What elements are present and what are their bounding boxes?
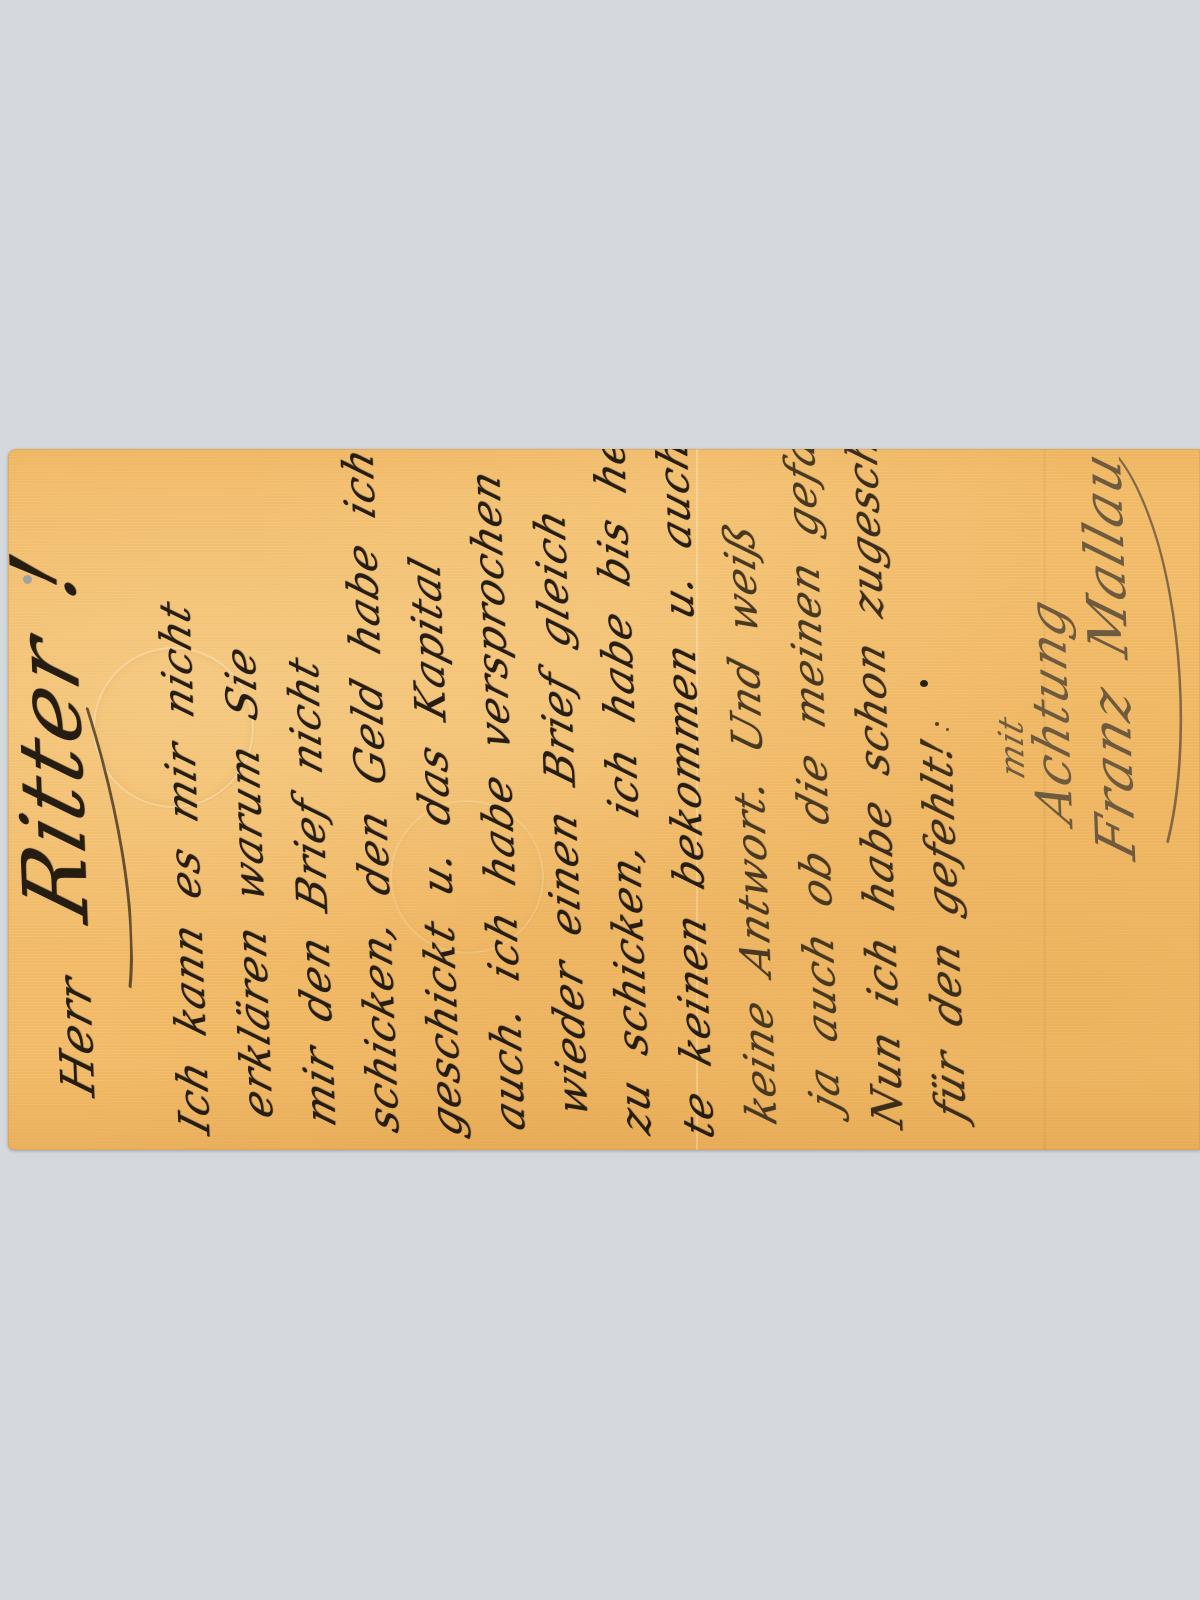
handwriting-line: ja auch ob die meinen gefallen? xyxy=(774,449,846,1114)
salutation-line: HerrRitter ! xyxy=(8,542,108,1102)
handwriting-line: auch. ich habe versprochen mir xyxy=(459,449,531,1134)
handwriting-line: geschickt u. das Kapital xyxy=(403,552,468,1140)
handwriting-line: erklären warum Sie xyxy=(218,641,279,1122)
handwriting-line: keine Antwort. Und weiß xyxy=(718,517,783,1128)
handwriting-surface: HerrRitter ! Ich kann es mir nicht erklä… xyxy=(8,449,1200,1150)
salutation-herr: Herr xyxy=(46,969,105,1101)
ink-speck xyxy=(946,728,949,731)
handwriting-line: te keinen bekommen u. auch xyxy=(651,449,720,1142)
scanned-postcard-page: { "page": { "background_color": "#d5d8dc… xyxy=(0,0,1200,1600)
closing-achtung: Achtung xyxy=(1021,593,1080,828)
handwriting-line: Ich kann es mir nicht xyxy=(153,596,216,1138)
paper-defect-dot xyxy=(23,575,32,584)
handwriting-line: für den gefehlt! xyxy=(915,733,972,1124)
handwriting-line: zu schicken, ich habe bis heu xyxy=(587,449,657,1138)
ink-speck xyxy=(920,680,928,687)
ink-speck xyxy=(935,722,939,726)
signature-line: Franz Mallau xyxy=(1074,449,1144,864)
handwriting-line: schicken, den Geld habe ich xyxy=(336,449,405,1136)
handwriting-line: mir den Brief nicht xyxy=(282,652,342,1130)
postcard: HerrRitter ! Ich kann es mir nicht erklä… xyxy=(8,449,1200,1150)
ink-speck xyxy=(808,599,812,602)
salutation-flourish xyxy=(82,679,134,991)
handwriting-line: wieder einen Brief gleich xyxy=(528,503,594,1120)
handwriting-line: Nun ich habe schon zugeschickt xyxy=(837,449,909,1132)
